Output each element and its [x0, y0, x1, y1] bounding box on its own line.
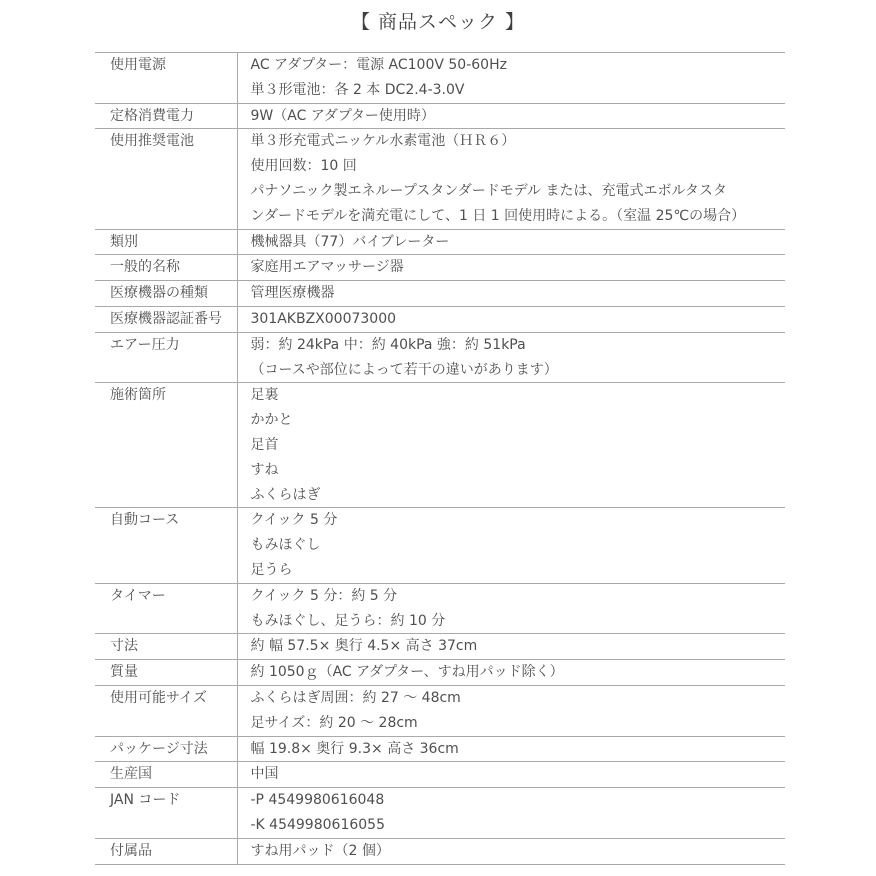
table-row: パッケージ寸法 幅 19.8× 奥行 9.3× 高さ 36cm [95, 736, 785, 762]
spec-label: エアー圧力 [95, 332, 237, 383]
table-row: 自動コース クイック 5 分もみほぐし足うら [95, 508, 785, 583]
spec-value: 単３形充電式ニッケル水素電池（ＨＲ６）使用回数：10 回パナソニック製エネループ… [237, 129, 785, 229]
spec-value-line: 家庭用エアマッサージ器 [251, 255, 786, 280]
spec-value: 中国 [237, 762, 785, 788]
spec-label: 使用電源 [95, 53, 237, 104]
spec-value: 家庭用エアマッサージ器 [237, 255, 785, 281]
spec-value: 約 幅 57.5× 奥行 4.5× 高さ 37cm [237, 634, 785, 660]
spec-value-line: 中国 [251, 762, 786, 787]
spec-value: ふくらはぎ周囲：約 27 ～ 48cm足サイズ：約 20 ～ 28cm [237, 685, 785, 736]
spec-label: 医療機器の種類 [95, 281, 237, 307]
spec-label: 質量 [95, 660, 237, 686]
spec-label: 一般的名称 [95, 255, 237, 281]
table-row: 生産国 中国 [95, 762, 785, 788]
spec-value-line: 単３形充電式ニッケル水素電池（ＨＲ６） [251, 129, 786, 154]
spec-value: 弱：約 24kPa 中：約 40kPa 強：約 51kPa（コースや部位によって… [237, 332, 785, 383]
spec-value-line: -P 4549980616048 [251, 788, 786, 813]
spec-value: クイック 5 分：約 5 分もみほぐし、足うら：約 10 分 [237, 583, 785, 634]
table-row: 使用電源 AC アダプター：電源 AC100V 50-60Hz単３形電池：各 2… [95, 53, 785, 104]
spec-value: 足裏かかと足首すねふくらはぎ [237, 383, 785, 508]
spec-value: -P 4549980616048-K 4549980616055 [237, 788, 785, 839]
spec-value: 約 1050ｇ（AC アダプター、すね用パッド除く） [237, 660, 785, 686]
table-row: 一般的名称 家庭用エアマッサージ器 [95, 255, 785, 281]
spec-label: 使用推奨電池 [95, 129, 237, 229]
spec-value-line: 使用回数：10 回 [251, 154, 786, 179]
spec-value: 機械器具（77）バイブレーター [237, 229, 785, 255]
spec-value-line: ふくらはぎ周囲：約 27 ～ 48cm [251, 686, 786, 711]
spec-value-line: 301AKBZX00073000 [251, 307, 786, 332]
spec-value-line: 管理医療機器 [251, 281, 786, 306]
table-row: JAN コード -P 4549980616048-K 4549980616055 [95, 788, 785, 839]
spec-value: AC アダプター：電源 AC100V 50-60Hz単３形電池：各 2 本 DC… [237, 53, 785, 104]
spec-label: 寸法 [95, 634, 237, 660]
spec-value: 管理医療機器 [237, 281, 785, 307]
spec-value-line: 足うら [251, 558, 786, 583]
spec-value-line: ふくらはぎ [251, 483, 786, 508]
spec-value-line: 足サイズ：約 20 ～ 28cm [251, 711, 786, 736]
spec-value-line: もみほぐし [251, 533, 786, 558]
table-row: 質量 約 1050ｇ（AC アダプター、すね用パッド除く） [95, 660, 785, 686]
spec-value-line: AC アダプター：電源 AC100V 50-60Hz [251, 53, 786, 78]
table-row: 付属品 すね用パッド（2 個） [95, 838, 785, 864]
spec-label: 医療機器認証番号 [95, 306, 237, 332]
spec-value-line: 足首 [251, 433, 786, 458]
spec-label: 施術箇所 [95, 383, 237, 508]
spec-value-line: すね用パッド（2 個） [251, 839, 786, 864]
spec-value-line: クイック 5 分 [251, 508, 786, 533]
spec-value-line: 9W（AC アダプター使用時） [251, 104, 786, 129]
spec-label: パッケージ寸法 [95, 736, 237, 762]
table-row: タイマー クイック 5 分：約 5 分もみほぐし、足うら：約 10 分 [95, 583, 785, 634]
spec-value-line: もみほぐし、足うら：約 10 分 [251, 609, 786, 634]
spec-value-line: 約 幅 57.5× 奥行 4.5× 高さ 37cm [251, 634, 786, 659]
table-row: エアー圧力 弱：約 24kPa 中：約 40kPa 強：約 51kPa（コースや… [95, 332, 785, 383]
table-row: 使用可能サイズ ふくらはぎ周囲：約 27 ～ 48cm足サイズ：約 20 ～ 2… [95, 685, 785, 736]
spec-value-line: すね [251, 458, 786, 483]
spec-value-line: かかと [251, 408, 786, 433]
table-row: 医療機器認証番号 301AKBZX00073000 [95, 306, 785, 332]
spec-value: 9W（AC アダプター使用時） [237, 103, 785, 129]
table-row: 医療機器の種類 管理医療機器 [95, 281, 785, 307]
spec-value-line: 幅 19.8× 奥行 9.3× 高さ 36cm [251, 737, 786, 762]
spec-label: 生産国 [95, 762, 237, 788]
spec-value-line: 足裏 [251, 383, 786, 408]
spec-label: 定格消費電力 [95, 103, 237, 129]
table-row: 定格消費電力 9W（AC アダプター使用時） [95, 103, 785, 129]
table-row: 施術箇所 足裏かかと足首すねふくらはぎ [95, 383, 785, 508]
table-row: 寸法 約 幅 57.5× 奥行 4.5× 高さ 37cm [95, 634, 785, 660]
spec-value-line: 約 1050ｇ（AC アダプター、すね用パッド除く） [251, 660, 786, 685]
page-title: 【 商品スペック 】 [0, 7, 876, 34]
spec-value-line: ンダードモデルを満充電にして、1 日 1 回使用時による。（室温 25℃の場合） [251, 204, 786, 229]
spec-table-body: 使用電源 AC アダプター：電源 AC100V 50-60Hz単３形電池：各 2… [95, 53, 785, 865]
spec-value-line: 単３形電池：各 2 本 DC2.4-3.0V [251, 78, 786, 103]
table-row: 類別 機械器具（77）バイブレーター [95, 229, 785, 255]
spec-value: すね用パッド（2 個） [237, 838, 785, 864]
spec-value: 幅 19.8× 奥行 9.3× 高さ 36cm [237, 736, 785, 762]
spec-label: 自動コース [95, 508, 237, 583]
spec-value: 301AKBZX00073000 [237, 306, 785, 332]
spec-value: クイック 5 分もみほぐし足うら [237, 508, 785, 583]
spec-table: 使用電源 AC アダプター：電源 AC100V 50-60Hz単３形電池：各 2… [95, 52, 785, 865]
spec-label: 付属品 [95, 838, 237, 864]
spec-value-line: パナソニック製エネループスタンダードモデル または、充電式エボルタスタ [251, 179, 786, 204]
spec-label: JAN コード [95, 788, 237, 839]
spec-value-line: -K 4549980616055 [251, 813, 786, 838]
spec-label: タイマー [95, 583, 237, 634]
table-row: 使用推奨電池 単３形充電式ニッケル水素電池（ＨＲ６）使用回数：10 回パナソニッ… [95, 129, 785, 229]
spec-value-line: （コースや部位によって若干の違いがあります） [251, 358, 786, 383]
spec-value-line: 弱：約 24kPa 中：約 40kPa 強：約 51kPa [251, 333, 786, 358]
spec-value-line: クイック 5 分：約 5 分 [251, 584, 786, 609]
spec-label: 類別 [95, 229, 237, 255]
spec-value-line: 機械器具（77）バイブレーター [251, 230, 786, 255]
spec-label: 使用可能サイズ [95, 685, 237, 736]
